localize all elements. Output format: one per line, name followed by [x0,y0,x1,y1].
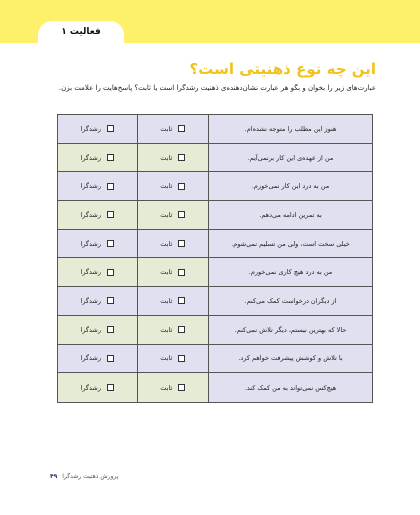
fixed-checkbox[interactable] [178,211,185,218]
statement-cell: خیلی سخت است، ولی من تسلیم نمی‌شوم. [208,230,372,258]
growth-option-cell: رشدگرا [58,201,137,229]
statement-text: من به درد هیچ کاری نمی‌خورم. [249,268,332,276]
statement-text: حالا که بهترین نیستم، دیگر تلاش نمی‌کنم. [235,326,347,334]
growth-option[interactable]: رشدگرا [81,211,114,219]
instruction-text: عبارت‌های زیر را بخوان و بگو هر عبارت نش… [59,84,376,92]
table-row: من به درد هیچ کاری نمی‌خورم.ثابترشدگرا [58,258,372,287]
fixed-checkbox[interactable] [178,154,185,161]
growth-checkbox[interactable] [107,183,114,190]
growth-checkbox[interactable] [107,154,114,161]
fixed-checkbox[interactable] [178,269,185,276]
growth-checkbox[interactable] [107,269,114,276]
statement-cell: از دیگران درخواست کمک می‌کنم. [208,287,372,315]
fixed-checkbox[interactable] [178,355,185,362]
growth-option-cell: رشدگرا [58,373,137,402]
statement-cell: با تلاش و کوشش پیشرفت خواهم کرد. [208,345,372,373]
growth-option[interactable]: رشدگرا [81,326,114,334]
fixed-label: ثابت [160,125,172,133]
table-row: من به درد این کار نمی‌خورم.ثابترشدگرا [58,172,372,201]
fixed-label: ثابت [160,154,172,162]
table-row: هنوز این مطلب را متوجه نشده‌ام.ثابترشدگر… [58,115,372,144]
growth-label: رشدگرا [81,326,101,334]
fixed-option[interactable]: ثابت [160,384,185,392]
growth-option-cell: رشدگرا [58,230,137,258]
statement-cell: من به درد این کار نمی‌خورم. [208,172,372,200]
statement-cell: هنوز این مطلب را متوجه نشده‌ام. [208,115,372,143]
growth-checkbox[interactable] [107,240,114,247]
fixed-option-cell: ثابت [137,172,209,200]
growth-label: رشدگرا [81,297,101,305]
fixed-label: ثابت [160,240,172,248]
table-row: به تمرین ادامه می‌دهم.ثابترشدگرا [58,201,372,230]
growth-checkbox[interactable] [107,355,114,362]
growth-checkbox[interactable] [107,384,114,391]
fixed-option-cell: ثابت [137,316,209,344]
statement-text: از دیگران درخواست کمک می‌کنم. [245,297,337,305]
fixed-checkbox[interactable] [178,326,185,333]
fixed-label: ثابت [160,297,172,305]
growth-option-cell: رشدگرا [58,287,137,315]
growth-label: رشدگرا [81,354,101,362]
growth-option-cell: رشدگرا [58,316,137,344]
growth-option-cell: رشدگرا [58,115,137,143]
table-row: من از عهده‌ی این کار برنمی‌آیم.ثابترشدگر… [58,144,372,173]
statement-cell: من به درد هیچ کاری نمی‌خورم. [208,258,372,286]
statement-cell: حالا که بهترین نیستم، دیگر تلاش نمی‌کنم. [208,316,372,344]
growth-option-cell: رشدگرا [58,345,137,373]
growth-option[interactable]: رشدگرا [81,384,114,392]
fixed-checkbox[interactable] [178,125,185,132]
table-row: از دیگران درخواست کمک می‌کنم.ثابترشدگرا [58,287,372,316]
statement-cell: به تمرین ادامه می‌دهم. [208,201,372,229]
fixed-option[interactable]: ثابت [160,125,185,133]
table-row: خیلی سخت است، ولی من تسلیم نمی‌شوم.ثابتر… [58,230,372,259]
mindset-table: هنوز این مطلب را متوجه نشده‌ام.ثابترشدگر… [57,114,373,403]
statement-text: خیلی سخت است، ولی من تسلیم نمی‌شوم. [231,240,350,248]
growth-option[interactable]: رشدگرا [81,182,114,190]
growth-option[interactable]: رشدگرا [81,354,114,362]
growth-label: رشدگرا [81,268,101,276]
fixed-label: ثابت [160,384,172,392]
growth-option[interactable]: رشدگرا [81,154,114,162]
fixed-option-cell: ثابت [137,258,209,286]
table-row: با تلاش و کوشش پیشرفت خواهم کرد.ثابترشدگ… [58,345,372,374]
fixed-label: ثابت [160,182,172,190]
page-title: این چه نوع ذهنیتی است؟ [190,60,376,78]
growth-option-cell: رشدگرا [58,144,137,172]
table-row: حالا که بهترین نیستم، دیگر تلاش نمی‌کنم.… [58,316,372,345]
fixed-label: ثابت [160,354,172,362]
statement-cell: من از عهده‌ی این کار برنمی‌آیم. [208,144,372,172]
fixed-option-cell: ثابت [137,201,209,229]
fixed-option[interactable]: ثابت [160,326,185,334]
statement-cell: هیچ‌کس نمی‌تواند به من کمک کند. [208,373,372,402]
growth-label: رشدگرا [81,154,101,162]
fixed-checkbox[interactable] [178,183,185,190]
fixed-label: ثابت [160,326,172,334]
statement-text: با تلاش و کوشش پیشرفت خواهم کرد. [238,354,342,362]
fixed-checkbox[interactable] [178,240,185,247]
statement-text: به تمرین ادامه می‌دهم. [259,211,322,219]
fixed-checkbox[interactable] [178,297,185,304]
growth-label: رشدگرا [81,211,101,219]
growth-checkbox[interactable] [107,297,114,304]
growth-option[interactable]: رشدگرا [81,268,114,276]
fixed-option-cell: ثابت [137,144,209,172]
fixed-option-cell: ثابت [137,287,209,315]
fixed-option[interactable]: ثابت [160,211,185,219]
fixed-option[interactable]: ثابت [160,240,185,248]
fixed-label: ثابت [160,268,172,276]
growth-checkbox[interactable] [107,326,114,333]
growth-checkbox[interactable] [107,211,114,218]
page-footer: پرورش ذهنیت رشدگرا ۴۹ [50,473,118,480]
page-number: ۴۹ [50,473,57,480]
fixed-option-cell: ثابت [137,373,209,402]
fixed-option-cell: ثابت [137,345,209,373]
fixed-option[interactable]: ثابت [160,297,185,305]
growth-option-cell: رشدگرا [58,172,137,200]
book-title: پرورش ذهنیت رشدگرا [62,473,118,480]
fixed-option[interactable]: ثابت [160,354,185,362]
fixed-option[interactable]: ثابت [160,154,185,162]
statement-text: هیچ‌کس نمی‌تواند به من کمک کند. [245,384,336,392]
fixed-option[interactable]: ثابت [160,268,185,276]
growth-checkbox[interactable] [107,125,114,132]
statement-text: من به درد این کار نمی‌خورم. [252,182,329,190]
growth-option-cell: رشدگرا [58,258,137,286]
growth-label: رشدگرا [81,182,101,190]
growth-label: رشدگرا [81,384,101,392]
fixed-label: ثابت [160,211,172,219]
fixed-checkbox[interactable] [178,384,185,391]
statement-text: هنوز این مطلب را متوجه نشده‌ام. [245,125,337,133]
growth-label: رشدگرا [81,240,101,248]
fixed-option-cell: ثابت [137,230,209,258]
statement-text: من از عهده‌ی این کار برنمی‌آیم. [248,154,334,162]
fixed-option[interactable]: ثابت [160,182,185,190]
growth-label: رشدگرا [81,125,101,133]
table-row: هیچ‌کس نمی‌تواند به من کمک کند.ثابترشدگر… [58,373,372,402]
activity-tab-label: فعالیت ۱ [38,21,124,43]
growth-option[interactable]: رشدگرا [81,240,114,248]
fixed-option-cell: ثابت [137,115,209,143]
growth-option[interactable]: رشدگرا [81,125,114,133]
growth-option[interactable]: رشدگرا [81,297,114,305]
